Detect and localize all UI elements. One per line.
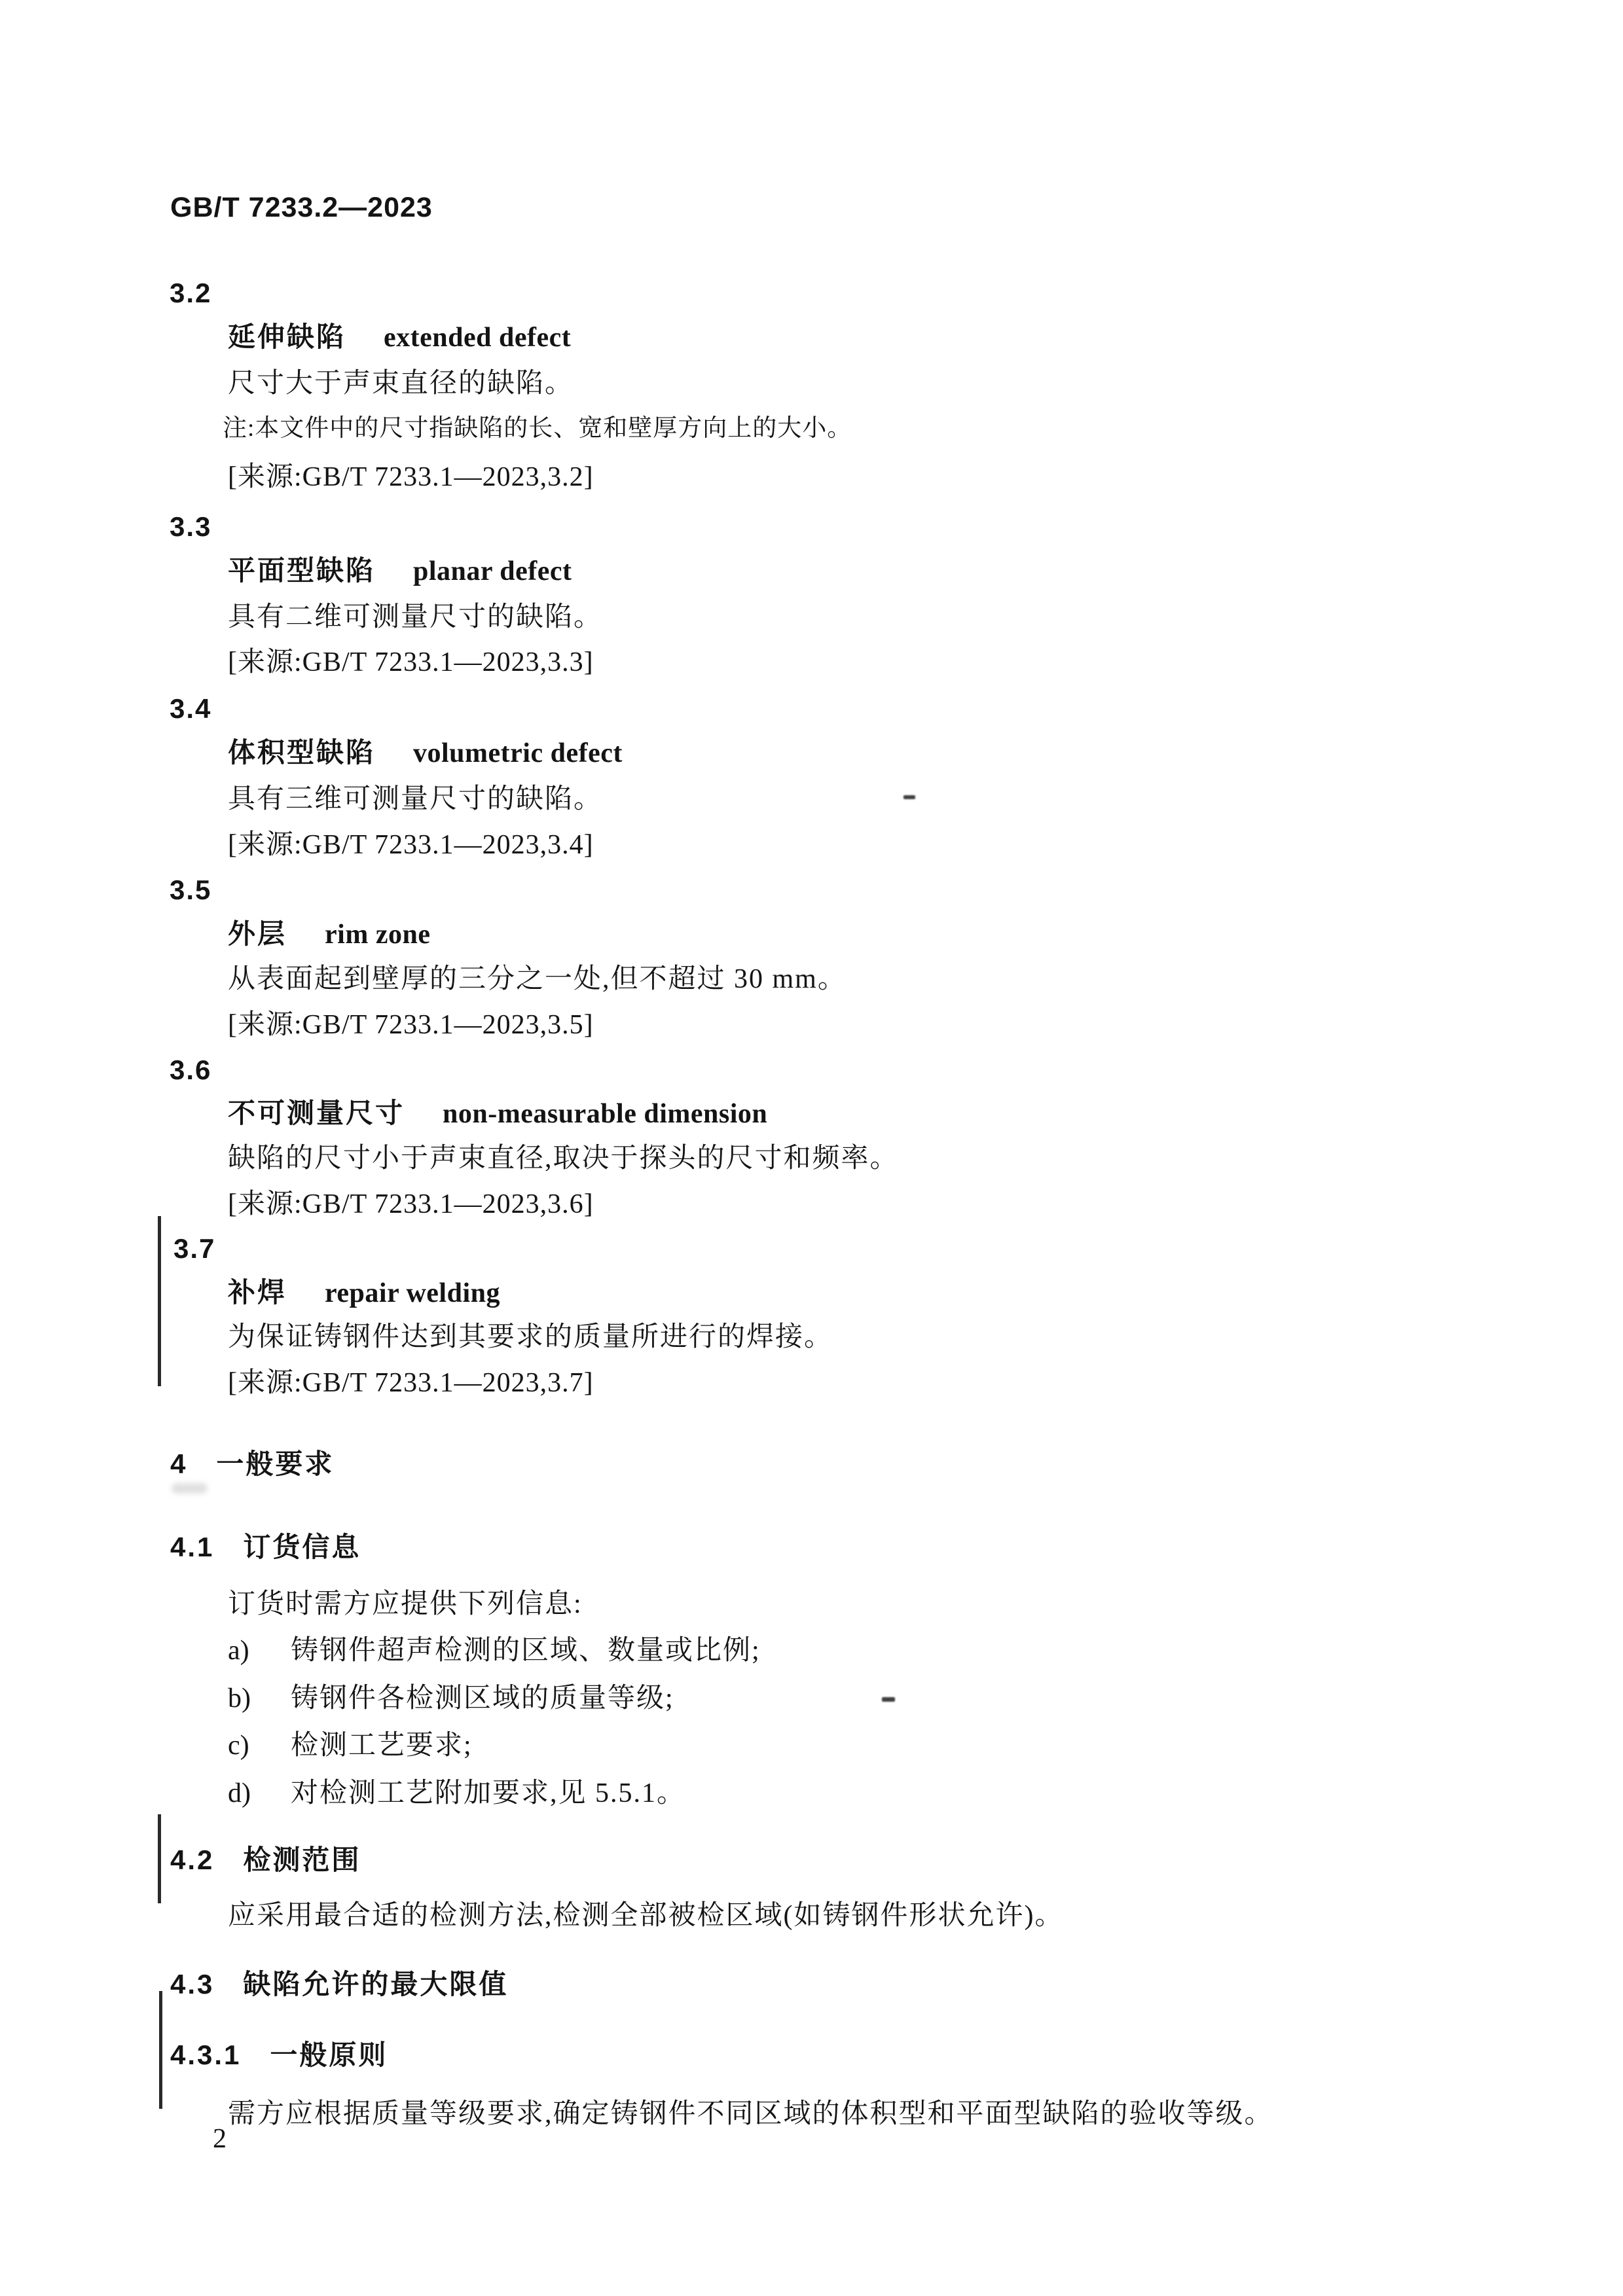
scan-artifact-dash bbox=[903, 795, 915, 799]
scope-body: 应采用最合适的检测方法,检测全部被检区域(如铸钢件形状允许)。 bbox=[228, 1900, 1063, 1931]
term-definition: 缺陷的尺寸小于声束直径,取决于探头的尺寸和频率。 bbox=[228, 1143, 899, 1174]
clause-number-3-6: 3.6 bbox=[170, 1054, 211, 1086]
scan-artifact-smudge bbox=[172, 1483, 208, 1494]
term-source: [来源:GB/T 7233.1—2023,3.4] bbox=[228, 829, 594, 861]
section-heading-4-3: 4.3缺陷允许的最大限值 bbox=[170, 1969, 508, 2000]
page-number: 2 bbox=[213, 2123, 227, 2155]
clause-number-3-3: 3.3 bbox=[170, 511, 211, 543]
term-heading-3-7: 补焊repair welding bbox=[228, 1277, 500, 1309]
section-title: 缺陷允许的最大限值 bbox=[243, 1969, 508, 2000]
section-heading-4-3-1: 4.3.1一般原则 bbox=[170, 2039, 388, 2071]
clause-number-3-5: 3.5 bbox=[170, 874, 211, 906]
term-definition: 从表面起到壁厚的三分之一处,但不超过 30 mm。 bbox=[228, 963, 847, 995]
list-item-label: a) bbox=[228, 1635, 291, 1666]
term-en: repair welding bbox=[325, 1278, 500, 1308]
term-heading-3-6: 不可测量尺寸non-measurable dimension bbox=[228, 1098, 767, 1130]
term-source: [来源:GB/T 7233.1—2023,3.5] bbox=[228, 1009, 594, 1041]
ordering-info-intro: 订货时需方应提供下列信息: bbox=[228, 1588, 583, 1620]
list-item-text: 铸钢件各检测区域的质量等级; bbox=[291, 1683, 674, 1713]
general-principle-body: 需方应根据质量等级要求,确定铸钢件不同区域的体积型和平面型缺陷的验收等级。 bbox=[228, 2098, 1273, 2130]
document-page: GB/T 7233.2—2023 3.2 延伸缺陷extended defect… bbox=[0, 0, 1623, 2296]
term-heading-3-3: 平面型缺陷planar defect bbox=[228, 555, 572, 587]
term-cn: 补焊 bbox=[228, 1277, 287, 1308]
term-cn: 体积型缺陷 bbox=[228, 737, 375, 768]
list-item-label: d) bbox=[228, 1778, 291, 1809]
term-source: [来源:GB/T 7233.1—2023,3.2] bbox=[228, 461, 594, 493]
change-bar-3-7 bbox=[158, 1216, 161, 1386]
term-definition: 尺寸大于声束直径的缺陷。 bbox=[228, 368, 574, 399]
list-item-text: 对检测工艺附加要求,见 5.5.1。 bbox=[291, 1778, 685, 1808]
section-title: 检测范围 bbox=[243, 1844, 361, 1875]
section-title: 一般原则 bbox=[270, 2039, 388, 2070]
list-item: a)铸钢件超声检测的区域、数量或比例; bbox=[228, 1635, 761, 1666]
clause-number-3-7: 3.7 bbox=[173, 1233, 215, 1265]
term-en: extended defect bbox=[384, 323, 571, 353]
term-source: [来源:GB/T 7233.1—2023,3.7] bbox=[228, 1367, 594, 1399]
change-bar-4-2 bbox=[158, 1814, 161, 1903]
term-definition: 为保证铸钢件达到其要求的质量所进行的焊接。 bbox=[228, 1321, 833, 1353]
section-heading-4-1: 4.1订货信息 bbox=[170, 1532, 361, 1563]
section-heading-4: 4一般要求 bbox=[170, 1448, 334, 1480]
term-cn: 平面型缺陷 bbox=[228, 555, 375, 586]
section-number: 4.1 bbox=[170, 1532, 214, 1562]
term-en: non-measurable dimension bbox=[443, 1099, 767, 1129]
list-item: d)对检测工艺附加要求,见 5.5.1。 bbox=[228, 1778, 685, 1809]
list-item-text: 检测工艺要求; bbox=[291, 1731, 473, 1761]
term-source: [来源:GB/T 7233.1—2023,3.3] bbox=[228, 647, 594, 678]
section-number: 4.3.1 bbox=[170, 2039, 241, 2070]
list-item-label: c) bbox=[228, 1730, 291, 1761]
term-note: 注:本文件中的尺寸指缺陷的长、宽和壁厚方向上的大小。 bbox=[223, 415, 852, 443]
term-en: planar defect bbox=[413, 556, 572, 586]
section-number: 4.3 bbox=[170, 1969, 214, 2000]
section-title: 订货信息 bbox=[243, 1532, 361, 1562]
list-item: b)铸钢件各检测区域的质量等级; bbox=[228, 1683, 674, 1714]
term-en: volumetric defect bbox=[413, 738, 623, 768]
term-cn: 外层 bbox=[228, 918, 287, 949]
section-number: 4.2 bbox=[170, 1844, 214, 1875]
term-source: [来源:GB/T 7233.1—2023,3.6] bbox=[228, 1189, 594, 1220]
scan-artifact-dash bbox=[882, 1697, 895, 1702]
list-item-text: 铸钢件超声检测的区域、数量或比例; bbox=[291, 1636, 761, 1666]
term-cn: 延伸缺陷 bbox=[228, 321, 346, 352]
term-definition: 具有二维可测量尺寸的缺陷。 bbox=[228, 601, 602, 633]
list-item: c)检测工艺要求; bbox=[228, 1730, 473, 1761]
section-title: 一般要求 bbox=[216, 1448, 334, 1479]
change-bar-4-3-1 bbox=[159, 1991, 162, 2109]
section-number: 4 bbox=[170, 1448, 187, 1479]
term-en: rim zone bbox=[325, 920, 430, 950]
term-heading-3-4: 体积型缺陷volumetric defect bbox=[228, 737, 623, 769]
clause-number-3-4: 3.4 bbox=[170, 693, 211, 725]
term-heading-3-2: 延伸缺陷extended defect bbox=[228, 321, 571, 353]
list-item-label: b) bbox=[228, 1683, 291, 1714]
term-heading-3-5: 外层rim zone bbox=[228, 918, 430, 950]
standard-code-header: GB/T 7233.2—2023 bbox=[170, 192, 433, 224]
section-heading-4-2: 4.2检测范围 bbox=[170, 1844, 361, 1876]
term-cn: 不可测量尺寸 bbox=[228, 1098, 405, 1128]
term-definition: 具有三维可测量尺寸的缺陷。 bbox=[228, 783, 602, 815]
clause-number-3-2: 3.2 bbox=[170, 278, 211, 309]
